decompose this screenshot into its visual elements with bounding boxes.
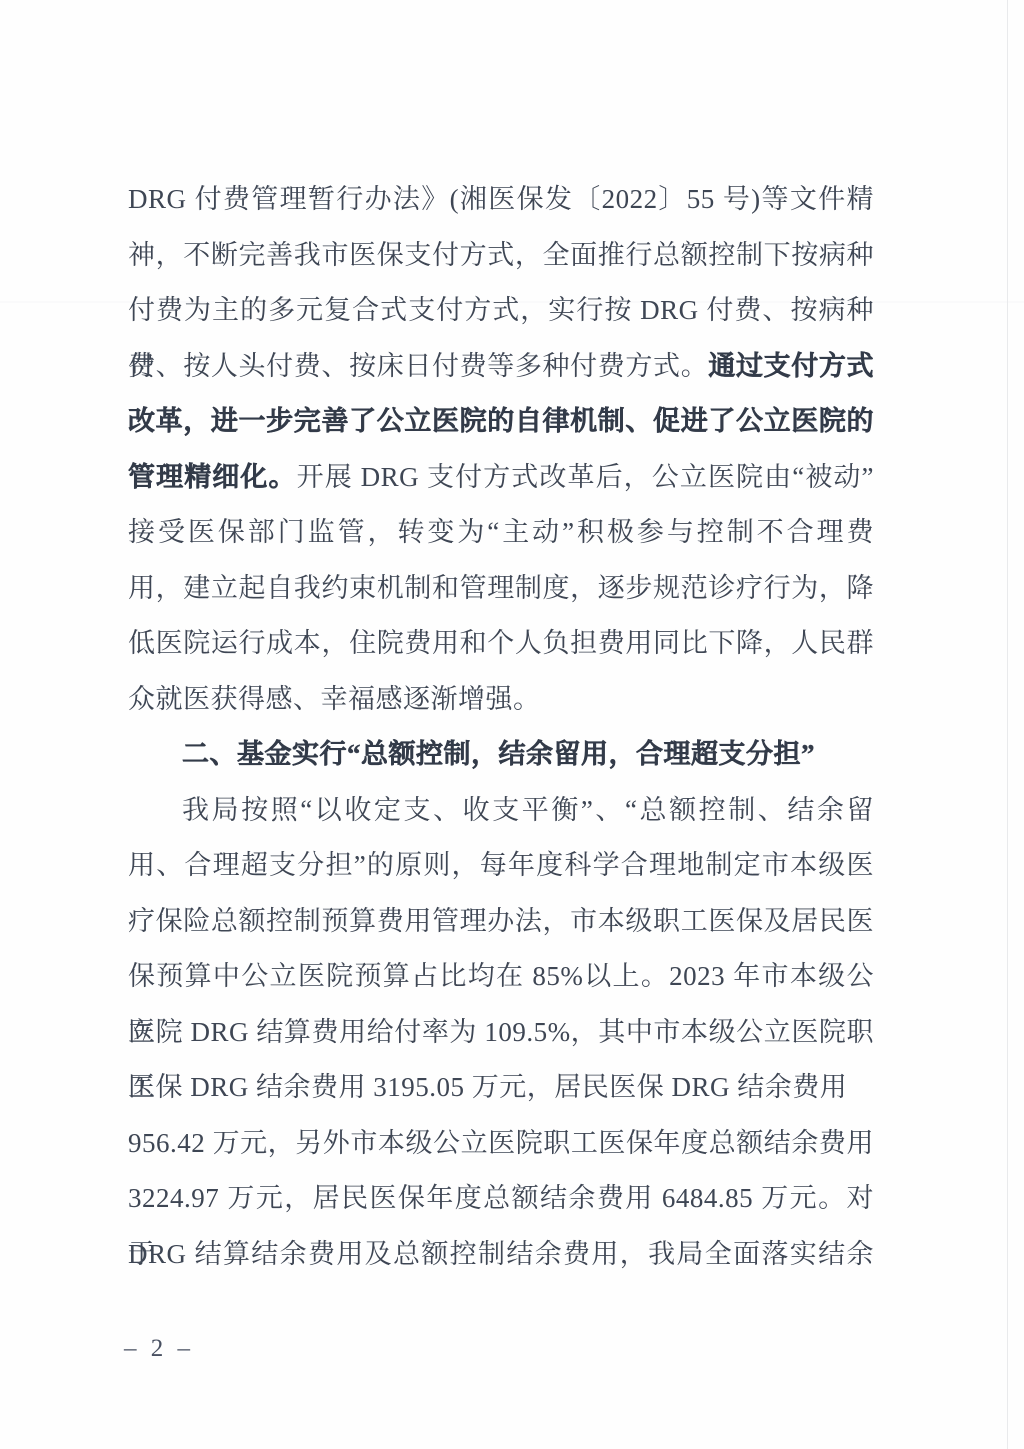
text-line: 众就医获得感、幸福感逐渐增强。 (128, 672, 874, 728)
scan-edge-line (1007, 0, 1008, 1449)
scanned-document-page: DRG 付费管理暂行办法》(湘医保发〔2022〕55 号)等文件精神，不断完善我… (0, 0, 1024, 1449)
document-body: DRG 付费管理暂行办法》(湘医保发〔2022〕55 号)等文件精神，不断完善我… (128, 172, 874, 1282)
text-line: 神，不断完善我市医保支付方式，全面推行总额控制下按病种 (128, 228, 874, 284)
text-line: 疗保险总额控制预算费用管理办法，市本级职工医保及居民医 (128, 894, 874, 950)
text-run: DRG 付费管理暂行办法》(湘医保发〔2022〕55 号)等文件精 (128, 184, 874, 214)
bold-text-run: 通过支付方式 (708, 351, 874, 381)
text-run: 用，建立起自我约束机制和管理制度，逐步规范诊疗行为，降 (128, 573, 874, 603)
text-run: 医保 DRG 结余费用 3195.05 万元，居民医保 DRG 结余费用 (128, 1072, 847, 1102)
text-line: 用，建立起自我约束机制和管理制度，逐步规范诊疗行为，降 (128, 561, 874, 617)
text-line: 管理精细化。开展 DRG 支付方式改革后，公立医院由“被动” (128, 450, 874, 506)
text-run: 接受医保部门监管，转变为“主动”积极参与控制不合理费 (128, 517, 874, 547)
text-run: DRG 结算结余费用及总额控制结余费用，我局全面落实结余留用 (128, 1239, 874, 1283)
text-line: 费、按人头付费、按床日付费等多种付费方式。通过支付方式 (128, 339, 874, 395)
text-line: DRG 付费管理暂行办法》(湘医保发〔2022〕55 号)等文件精 (128, 172, 874, 228)
text-line: 低医院运行成本，住院费用和个人负担费用同比下降，人民群 (128, 616, 874, 672)
text-line: 我局按照“以收定支、收支平衡”、“总额控制、结余留 (128, 783, 874, 839)
text-line: 3224.97 万元，居民医保年度总额结余费用 6484.85 万元。对于 (128, 1171, 874, 1227)
bold-text-run: 二、基金实行“总额控制，结余留用，合理超支分担” (182, 739, 815, 769)
text-line: DRG 结算结余费用及总额控制结余费用，我局全面落实结余留用 (128, 1227, 874, 1283)
text-line: 保预算中公立医院预算占比均在 85%以上。2023 年市本级公立 (128, 949, 874, 1005)
bold-text-run: 改革，进一步完善了公立医院的自律机制、促进了公立医院的 (128, 406, 874, 436)
bold-text-run: 管理精细化。 (128, 462, 297, 492)
text-line: 改革，进一步完善了公立医院的自律机制、促进了公立医院的 (128, 394, 874, 450)
text-run: 低医院运行成本，住院费用和个人负担费用同比下降，人民群 (128, 628, 874, 658)
text-line: 956.42 万元，另外市本级公立医院职工医保年度总额结余费用 (128, 1116, 874, 1172)
text-run: 费、按人头付费、按床日付费等多种付费方式。 (128, 351, 708, 381)
text-line: 接受医保部门监管，转变为“主动”积极参与控制不合理费 (128, 505, 874, 561)
text-run: 疗保险总额控制预算费用管理办法，市本级职工医保及居民医 (128, 906, 874, 936)
text-run: 众就医获得感、幸福感逐渐增强。 (128, 684, 541, 714)
text-run: 神，不断完善我市医保支付方式，全面推行总额控制下按病种 (128, 240, 874, 270)
page-number: – 2 – (124, 1334, 194, 1364)
text-run: 我局按照“以收定支、收支平衡”、“总额控制、结余留 (182, 795, 874, 825)
text-line: 医保 DRG 结余费用 3195.05 万元，居民医保 DRG 结余费用 (128, 1060, 874, 1116)
text-run: 开展 DRG 支付方式改革后，公立医院由“被动” (297, 462, 874, 492)
text-line: 用、合理超支分担”的原则，每年度科学合理地制定市本级医 (128, 838, 874, 894)
text-line: 医院 DRG 结算费用给付率为 109.5%，其中市本级公立医院职工 (128, 1005, 874, 1061)
text-run: 用、合理超支分担”的原则，每年度科学合理地制定市本级医 (128, 850, 874, 880)
text-line: 付费为主的多元复合式支付方式，实行按 DRG 付费、按病种付 (128, 283, 874, 339)
text-run: 956.42 万元，另外市本级公立医院职工医保年度总额结余费用 (128, 1128, 874, 1158)
section-heading: 二、基金实行“总额控制，结余留用，合理超支分担” (128, 727, 874, 783)
